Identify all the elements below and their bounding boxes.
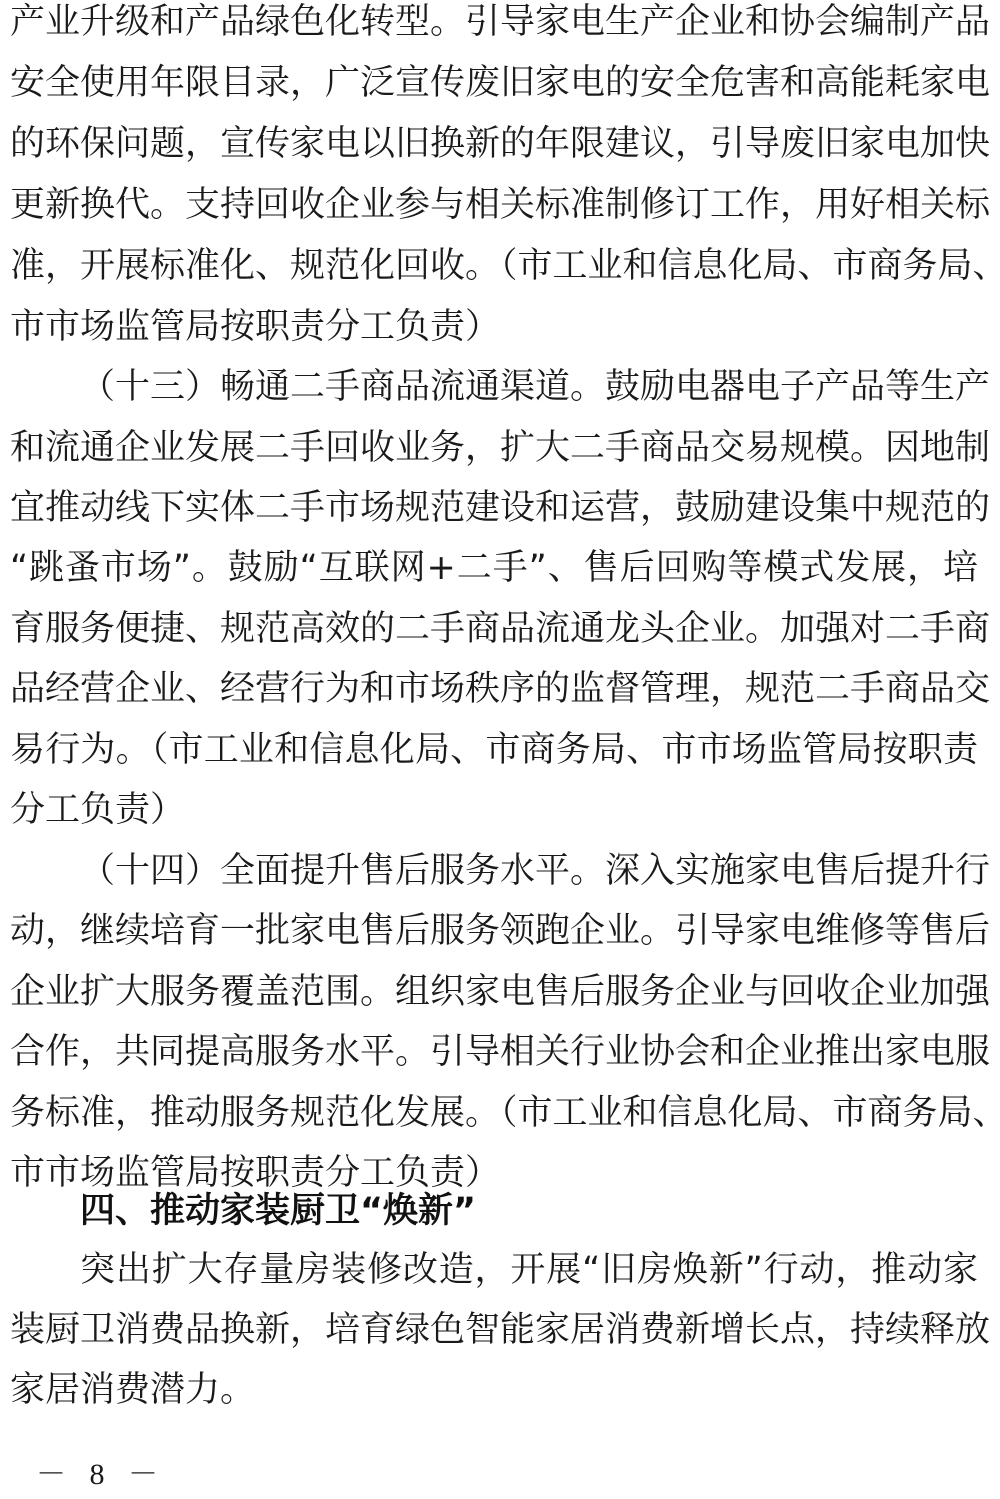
text-line: 的环保问题，宣传家电以旧换新的年限建议，引导废旧家电加快 <box>10 119 978 169</box>
text-line: 合作，共同提高服务水平。引导相关行业协会和企业推出家电服 <box>10 1027 978 1077</box>
text-line: 突出扩大存量房装修改造，开展“旧房焕新”行动，推动家 <box>80 1245 978 1295</box>
text-line: （十四）全面提升售后服务水平。深入实施家电售后提升行 <box>80 846 978 896</box>
text-line: 安全使用年限目录，广泛宣传废旧家电的安全危害和高能耗家电 <box>10 58 978 108</box>
text-line: “跳蚤市场”。鼓励“互联网+二手”、售后回购等模式发展，培 <box>10 543 978 593</box>
page-number: － 8 － <box>36 1455 166 1495</box>
text-line: 和流通企业发展二手回收业务，扩大二手商品交易规模。因地制 <box>10 423 978 473</box>
text-line: 更新换代。支持回收企业参与相关标准制修订工作，用好相关标 <box>10 180 978 230</box>
document-page: 产业升级和产品绿色化转型。引导家电生产企业和协会编制产品安全使用年限目录，广泛宣… <box>0 0 1000 1499</box>
text-line: 装厨卫消费品换新，培育绿色智能家居消费新增长点，持续释放 <box>10 1305 978 1355</box>
text-line: 务标准，推动服务规范化发展。（市工业和信息化局、市商务局、 <box>10 1088 978 1138</box>
text-line: 宜推动线下实体二手市场规范建设和运营，鼓励建设集中规范的 <box>10 483 978 533</box>
text-line: 家居消费潜力。 <box>10 1365 978 1415</box>
text-line: 育服务便捷、规范高效的二手商品流通龙头企业。加强对二手商 <box>10 604 978 654</box>
text-line: 市市场监管局按职责分工负责） <box>10 302 978 352</box>
text-line: 产业升级和产品绿色化转型。引导家电生产企业和协会编制产品 <box>10 0 978 47</box>
text-line: 易行为。（市工业和信息化局、市商务局、市市场监管局按职责 <box>10 725 978 775</box>
section-heading: 四、推动家装厨卫“焕新” <box>80 1186 978 1236</box>
text-line: 品经营企业、经营行为和市场秩序的监督管理，规范二手商品交 <box>10 664 978 714</box>
text-line: 准，开展标准化、规范化回收。（市工业和信息化局、市商务局、 <box>10 241 978 291</box>
text-line: 企业扩大服务覆盖范围。组织家电售后服务企业与回收企业加强 <box>10 967 978 1017</box>
text-line: 分工负责） <box>10 785 978 835</box>
text-line: 动，继续培育一批家电售后服务领跑企业。引导家电维修等售后 <box>10 906 978 956</box>
text-line: （十三）畅通二手商品流通渠道。鼓励电器电子产品等生产 <box>80 362 978 412</box>
